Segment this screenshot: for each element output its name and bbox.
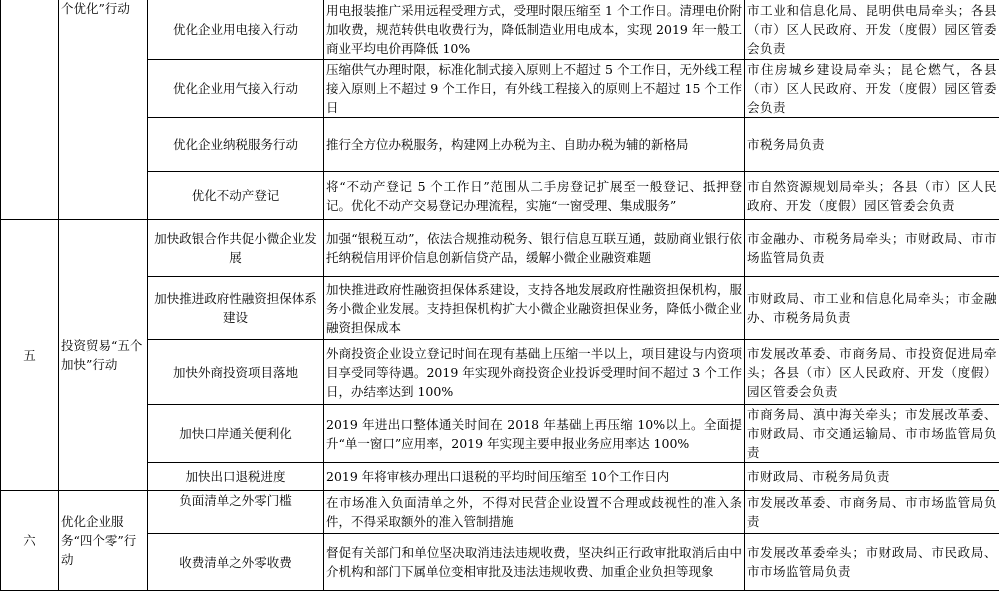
action-description-cell: 外商投资企业设立登记时间在现有基础上压缩一半以上，项目建设与内资项目享受同等待遇…: [324, 340, 745, 405]
action-item-cell: 优化不动产登记: [148, 172, 324, 220]
responsible-unit-cell: 市税务局负责: [745, 118, 999, 172]
action-item-cell: 加快政银合作共促小微企业发展: [148, 220, 324, 277]
action-item-cell: 收费清单之外零收费: [148, 534, 324, 591]
responsible-unit-cell: 市工业和信息化局、昆明供电局牵头；各县（市）区人民政府、开发（度假）园区管委会负…: [745, 0, 999, 60]
action-description-cell: 2019 年进出口整体通关时间在 2018 年基础上再压缩 10%以上。全面提升…: [324, 405, 745, 463]
responsible-unit-cell: 市发展改革委牵头；市财政局、市民政局、市市场监管局负责: [745, 534, 999, 591]
table-row: 六 优化企业服务“四个零”行动 负面清单之外零门槛 在市场准入负面清单之外，不得…: [1, 491, 999, 534]
table-row: 优化不动产登记 将“不动产登记 5 个工作日”范围从二手房登记扩展至一般登记、抵…: [1, 172, 999, 220]
table-row: 加快出口退税进度 2019 年将审核办理出口退税的平均时间压缩至 10个工作日内…: [1, 463, 999, 491]
table-row: 加快口岸通关便利化 2019 年进出口整体通关时间在 2018 年基础上再压缩 …: [1, 405, 999, 463]
action-description-cell: 加快推进政府性融资担保体系建设，支持各地发展政府性融资担保机构，服务小微企业发展…: [324, 277, 745, 340]
responsible-unit-cell: 市财政局、市工业和信息化局牵头；市金融办、市税务局负责: [745, 277, 999, 340]
section-category-cell: 投资贸易“五个加快”行动: [59, 220, 148, 491]
responsible-unit-cell: 市住房城乡建设局牵头；昆仑燃气，各县（市）区人民政府、开发（度假）园区管委会负责: [745, 60, 999, 118]
action-item-cell: 加快出口退税进度: [148, 463, 324, 491]
action-item-cell: 加快推进政府性融资担保体系建设: [148, 277, 324, 340]
action-description-cell: 将“不动产登记 5 个工作日”范围从二手房登记扩展至一般登记、抵押登记。优化不动…: [324, 172, 745, 220]
responsible-unit-cell: 市金融办、市税务局牵头；市财政局、市市场监管局负责: [745, 220, 999, 277]
policy-action-table: 个优化”行动 优化企业用电接入行动 用电报装推广采用远程受理方式，受理时限压缩至…: [0, 0, 999, 591]
table-row: 加快推进政府性融资担保体系建设 加快推进政府性融资担保体系建设，支持各地发展政府…: [1, 277, 999, 340]
responsible-unit-cell: 市自然资源规划局牵头；各县（市）区人民政府、开发（度假）园区管委会负责: [745, 172, 999, 220]
action-item-cell: 优化企业纳税服务行动: [148, 118, 324, 172]
action-item-cell: 加快外商投资项目落地: [148, 340, 324, 405]
responsible-unit-cell: 市财政局、市税务局负责: [745, 463, 999, 491]
action-description-cell: 用电报装推广采用远程受理方式，受理时限压缩至 1 个工作日。清理电价附加收费，规…: [324, 0, 745, 60]
table-row: 五 投资贸易“五个加快”行动 加快政银合作共促小微企业发展 加强“银税互动”，依…: [1, 220, 999, 277]
action-item-cell: 加快口岸通关便利化: [148, 405, 324, 463]
action-description-cell: 在市场准入负面清单之外，不得对民营企业设置不合理或歧视性的准入条件，不得采取额外…: [324, 491, 745, 534]
table-row: 个优化”行动 优化企业用电接入行动 用电报装推广采用远程受理方式，受理时限压缩至…: [1, 0, 999, 60]
responsible-unit-cell: 市发展改革委、市商务局、市投资促进局牵头；各县（市）区人民政府、开发（度假）园区…: [745, 340, 999, 405]
responsible-unit-cell: 市商务局、滇中海关牵头；市发展改革委、市财政局、市交通运输局、市市场监管局负责: [745, 405, 999, 463]
action-description-cell: 推行全方位办税服务，构建网上办税为主、自助办税为辅的新格局: [324, 118, 745, 172]
action-description-cell: 2019 年将审核办理出口退税的平均时间压缩至 10个工作日内: [324, 463, 745, 491]
table-row: 加快外商投资项目落地 外商投资企业设立登记时间在现有基础上压缩一半以上，项目建设…: [1, 340, 999, 405]
action-item-cell: 优化企业用气接入行动: [148, 60, 324, 118]
action-description-cell: 压缩供气办理时限，标准化制式接入原则上不超过 5 个工作日，无外线工程接入原则上…: [324, 60, 745, 118]
section-number-cell: 六: [1, 491, 59, 591]
table-row: 优化企业用气接入行动 压缩供气办理时限，标准化制式接入原则上不超过 5 个工作日…: [1, 60, 999, 118]
action-description-cell: 加强“银税互动”，依法合规推动税务、银行信息互联互通，鼓励商业银行依托纳税信用评…: [324, 220, 745, 277]
section-number-cell: 五: [1, 220, 59, 491]
section-number-cell: [1, 0, 59, 220]
table-row: 优化企业纳税服务行动 推行全方位办税服务，构建网上办税为主、自助办税为辅的新格局…: [1, 118, 999, 172]
section-category-cell: 优化企业服务“四个零”行动: [59, 491, 148, 591]
action-description-cell: 督促有关部门和单位坚决取消违法违规收费，坚决纠正行政审批取消后由中介机构和部门下…: [324, 534, 745, 591]
responsible-unit-cell: 市发展改革委、市商务局、市市场监管局负责: [745, 491, 999, 534]
action-item-cell: 负面清单之外零门槛: [148, 491, 324, 534]
section-category-cell: 个优化”行动: [59, 0, 148, 220]
action-item-cell: 优化企业用电接入行动: [148, 0, 324, 60]
table-row: 收费清单之外零收费 督促有关部门和单位坚决取消违法违规收费，坚决纠正行政审批取消…: [1, 534, 999, 591]
